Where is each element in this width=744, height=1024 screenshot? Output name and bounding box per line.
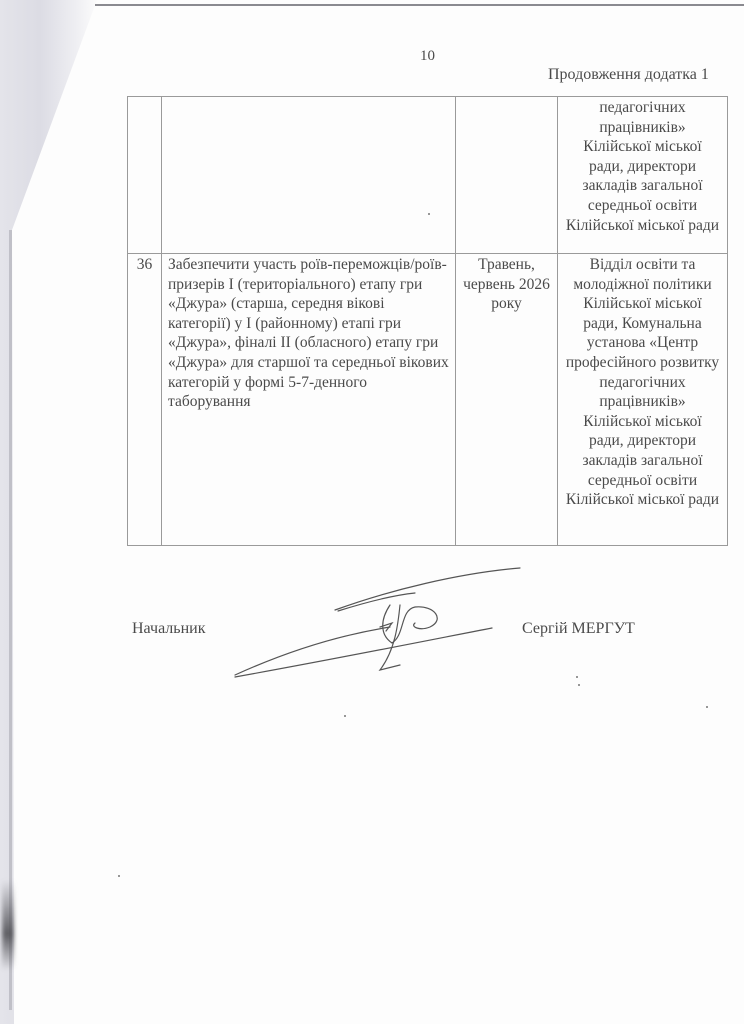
responsible-cell: педагогічних працівників» Кілійської міс… <box>558 97 728 254</box>
signature-icon <box>230 565 530 685</box>
task-cell <box>162 97 456 254</box>
term-cell: Травень, червень 2026 року <box>456 254 558 546</box>
scan-speck <box>578 684 580 686</box>
table-row: 36 Забезпечити участь роїв-переможців/ро… <box>128 254 728 546</box>
scan-speck <box>576 676 578 678</box>
row-number-cell <box>128 97 162 254</box>
appendix-continuation-label: Продовження додатка 1 <box>548 66 709 84</box>
table-row: педагогічних працівників» Кілійської міс… <box>128 97 728 254</box>
scan-top-edge <box>95 4 744 6</box>
action-plan-table: педагогічних працівників» Кілійської міс… <box>127 96 728 546</box>
signatory-name: Сергій МЕРГУТ <box>522 620 635 638</box>
task-cell: Забезпечити участь роїв-переможців/роїв-… <box>162 254 456 546</box>
scan-speck <box>428 213 430 215</box>
scan-speck <box>118 875 120 877</box>
row-number-cell: 36 <box>128 254 162 546</box>
scan-fold-shadow <box>0 0 100 1024</box>
term-cell <box>456 97 558 254</box>
signatory-title: Начальник <box>132 620 205 638</box>
responsible-cell: Відділ освіти та молодіжної політики Кіл… <box>558 254 728 546</box>
scan-speck <box>344 715 346 717</box>
scan-speck <box>706 706 708 708</box>
page-number: 10 <box>420 48 435 65</box>
scan-fold-smudge <box>2 880 14 970</box>
